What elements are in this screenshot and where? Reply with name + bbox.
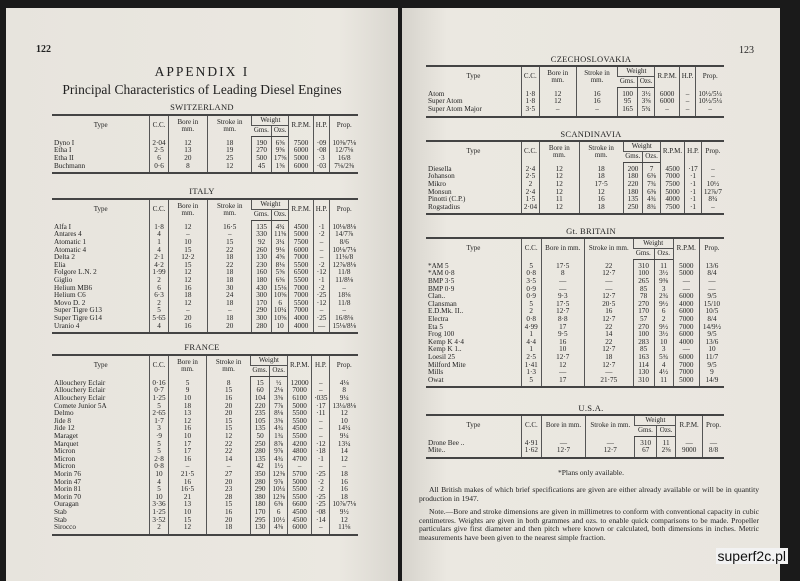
table-row: Rogstadius2·0412182508¾7500·1– (426, 204, 724, 215)
header-rpm: R.P.M. (660, 141, 684, 162)
table-cell: 12 (168, 524, 207, 535)
table-cell: 0·6 (150, 163, 168, 174)
table-cell: – (539, 106, 576, 117)
header-bore: Bore in mm. (168, 355, 207, 376)
header-type: Type (52, 355, 150, 376)
header-prop: Prop. (701, 141, 724, 162)
table-cell: – (312, 524, 330, 535)
engine-type: Rogstadius (426, 204, 521, 215)
header-weight: Weight (252, 199, 289, 210)
table-scandinavia: TypeC.C.Bore in mm.Stroke in mm.WeightR.… (426, 140, 724, 215)
table-cell: – (701, 204, 724, 215)
table-row: Antares 44––33011⅝5000·214/7⅞ (52, 231, 358, 239)
table-cell: 2 (150, 524, 168, 535)
header-rpm: R.P.M. (676, 415, 703, 436)
table-cell: 2·04 (521, 204, 539, 215)
header-stroke: Stroke in mm. (208, 199, 252, 220)
header-ozs: Ozs. (271, 126, 289, 136)
header-type: Type (426, 141, 521, 162)
table-cell: – (696, 106, 724, 117)
table-row: Jide 12316151354¾4500–14¼ (52, 425, 358, 433)
header-hp: H.P. (685, 141, 702, 162)
header-gms: Gms. (618, 77, 637, 87)
table-row: Delta 22·112·2181304⅝7000–11⅛/8 (52, 254, 358, 262)
header-prop: Prop. (330, 355, 358, 376)
table-cell: 4⅝ (270, 524, 288, 535)
table-usa: TypeC.C.Bore in mm.Stroke in mm.WeightR.… (426, 414, 724, 459)
table-cell: 12·7 (541, 447, 585, 458)
header-type: Type (426, 66, 521, 87)
header-bore: Bore in mm. (168, 115, 208, 136)
table-cell: 45 (252, 163, 271, 174)
header-ozs: Ozs. (271, 210, 289, 220)
table-row: Buchmann0·6812451⅝6000·037⅛/2⅜ (52, 163, 358, 174)
table-cell: 17 (541, 377, 584, 388)
table-cell: 12 (540, 204, 580, 215)
header-ozs: Ozs. (637, 77, 655, 87)
header-bore: Bore in mm. (540, 141, 580, 162)
table-row: Jide 81·712151053⅝5500–10 (52, 418, 358, 426)
table-cell: 10 (271, 323, 289, 334)
table-row: Uranio 441620280104000—15⅛/8⅛ (52, 323, 358, 334)
header-weight: Weight (635, 415, 676, 426)
table-cell: 4 (150, 323, 168, 334)
header-ozs: Ozs. (656, 426, 675, 436)
header-ozs: Ozs. (643, 152, 661, 162)
header-weight: Weight (252, 115, 289, 126)
left-page: 122 APPENDIX I Principal Characteristics… (6, 8, 398, 581)
header-type: Type (426, 415, 521, 436)
engine-type: Super Atom Major (426, 106, 521, 117)
table-cell: 6000 (287, 524, 311, 535)
header-ozs: Ozs. (654, 249, 673, 259)
section-title-britain: Gt. BRITAIN (402, 226, 780, 236)
header-gms: Gms. (623, 152, 642, 162)
header-cc: C.C. (521, 415, 541, 436)
table-cell: 12 (208, 163, 252, 174)
header-hp: H.P. (313, 199, 330, 220)
section-title-switzerland: SWITZERLAND (6, 102, 398, 112)
table-cell: 21·75 (585, 377, 634, 388)
section-title-scandinavia: SCANDINAVIA (402, 129, 780, 139)
table-row: Drone Bee ..4·91——31011—— (426, 436, 724, 447)
table-cell: – (655, 106, 679, 117)
table-cell: 5 (521, 377, 541, 388)
header-rpm: R.P.M. (289, 115, 313, 136)
header-type: Type (52, 199, 150, 220)
header-stroke: Stroke in mm. (586, 415, 635, 436)
section-title-czechoslovakia: CZECHOSLOVAKIA (402, 54, 780, 64)
header-stroke: Stroke in mm. (576, 66, 618, 87)
table-row: Morin 81516·52329010¼5500·216 (52, 486, 358, 494)
engine-type: Delta 2 (52, 254, 150, 262)
table-row: Helium C66·3182430010⅝7000·2518⅛ (52, 292, 358, 300)
watermark: superf2c.pl (716, 548, 788, 564)
header-rpm: R.P.M. (655, 66, 679, 87)
table-row: Stab1·25101617064500·089½ (52, 509, 358, 517)
header-cc: C.C. (521, 66, 539, 87)
header-type: Type (52, 115, 150, 136)
header-rpm: R.P.M. (673, 238, 699, 259)
table-cell: ·1 (685, 204, 702, 215)
table-france: TypeC.C.Bore in mm.Stroke in mm.WeightR.… (52, 354, 358, 536)
table-cell: 8¾ (643, 204, 661, 215)
table-row: Etha II6202550017⅝5000·316/8 (52, 155, 358, 163)
header-stroke: Stroke in mm. (579, 141, 623, 162)
table-row: Micron0·8––421½––– (52, 463, 358, 471)
header-prop: Prop. (330, 115, 358, 136)
table-cell: 5¾ (637, 106, 655, 117)
table-cell: 280 (252, 323, 271, 334)
header-prop: Prop. (330, 199, 358, 220)
table-cell: 5000 (673, 377, 699, 388)
header-bore: Bore in mm. (168, 199, 208, 220)
header-rpm: R.P.M. (289, 199, 313, 220)
header-gms: Gms. (633, 249, 654, 259)
page-subtitle: Principal Characteristics of Leading Die… (6, 82, 398, 98)
header-gms: Gms. (635, 426, 656, 436)
table-row: Atomatic 4415222609⅛6000–10⅛/7⅛ (52, 247, 358, 255)
table-row: Super Atom Major3·5––1655¾––– (426, 106, 724, 117)
table-row: Stab3·52152029510½4500·1412 (52, 517, 358, 525)
table-row: Alfa I1·81216·51354¾4500·110⅛/8⅛ (52, 220, 358, 231)
footnote: *Plans only available. (402, 468, 780, 477)
table-cell: ·03 (313, 163, 330, 174)
table-czechoslovakia: TypeC.C.Bore in mm.Stroke in mm.WeightR.… (426, 65, 724, 118)
table-cell: 7500 (660, 204, 684, 215)
engine-type: Buchmann (52, 163, 150, 174)
table-cell: 9000 (676, 447, 703, 458)
header-cc: C.C. (521, 238, 541, 259)
header-type: Type (426, 238, 521, 259)
header-gms: Gms. (252, 126, 271, 136)
paragraph-british-makes: All British makes of which brief specifi… (419, 486, 759, 503)
table-row: BMP 3·53·5——2659⅜—— (426, 278, 724, 286)
table-row: Morin 47416202809⅞5000·216 (52, 479, 358, 487)
table-cell: 12·7 (586, 447, 635, 458)
table-row: Mite..1·6212·712·7672⅜90008/8 (426, 447, 724, 458)
table-cell: 6000 (289, 163, 313, 174)
table-row: Owat51721·7531011500014/9 (426, 377, 724, 388)
page-number: 122 (36, 44, 51, 55)
section-title-usa: U.S.A. (402, 403, 780, 413)
paragraph-note: Note.—Bore and stroke dimensions are giv… (419, 508, 759, 542)
table-row: Kemp K 4·44·4162228310400013/6 (426, 339, 724, 347)
section-title-france: FRANCE (6, 342, 398, 352)
header-ozs: Ozs. (270, 366, 288, 376)
table-cell: 11 (654, 377, 673, 388)
header-stroke: Stroke in mm. (208, 115, 252, 136)
header-stroke: Stroke in mm. (585, 238, 634, 259)
engine-type: Uranio 4 (52, 323, 150, 334)
header-gms: Gms. (250, 366, 269, 376)
header-hp: H.P. (312, 355, 330, 376)
header-prop: Prop. (703, 415, 724, 436)
header-cc: C.C. (521, 141, 539, 162)
header-stroke: Stroke in mm. (207, 355, 250, 376)
header-prop: Prop. (696, 66, 724, 87)
table-cell: 165 (618, 106, 637, 117)
header-bore: Bore in mm. (541, 415, 585, 436)
header-weight: Weight (623, 141, 660, 152)
table-row: Atom1·812161003½6000–10½/5¼ (426, 87, 724, 98)
table-cell: 20 (208, 323, 252, 334)
table-row: Maraget·91012501¾5500–9¼ (52, 433, 358, 441)
header-bore: Bore in mm. (539, 66, 576, 87)
table-row: Super Tigre G145·65201830010⅝4000·2516/8… (52, 315, 358, 323)
table-cell: 2⅜ (656, 447, 675, 458)
table-row: Helium MB66163043015⅛7000·2– (52, 285, 358, 293)
header-gms: Gms. (252, 210, 271, 220)
header-hp: H.P. (679, 66, 696, 87)
table-cell: 250 (623, 204, 642, 215)
table-cell: 130 (250, 524, 269, 535)
table-cell: 1·62 (521, 447, 541, 458)
table-row: Elia4·215222308⅛5500·212⅞/8⅛ (52, 262, 358, 270)
table-cell: – (679, 106, 696, 117)
table-row: Giglio212181806⅜5500·111/8⅛ (52, 277, 358, 285)
header-weight: Weight (618, 66, 655, 77)
engine-type: Sirocco (52, 524, 150, 535)
header-cc: C.C. (150, 199, 168, 220)
table-row: Micron517222809⅞4800·1814 (52, 448, 358, 456)
table-cell: 310 (633, 377, 654, 388)
table-cell: 1⅝ (271, 163, 289, 174)
table-cell: 18 (579, 204, 623, 215)
table-row: Micron2·816141354¾4700·112 (52, 456, 358, 464)
table-row: Delmo2·6513202358⅛5500·1112 (52, 410, 358, 418)
engine-type: Mite.. (426, 447, 521, 458)
table-cell: 16 (168, 323, 208, 334)
table-cell: 14/9 (699, 377, 724, 388)
right-page: 123 CZECHOSLOVAKIA TypeC.C.Bore in mm.St… (402, 8, 780, 581)
table-cell: — (313, 323, 330, 334)
table-cell: 15⅛/8⅛ (330, 323, 358, 334)
header-cc: C.C. (150, 355, 168, 376)
table-row: Morin 761021·52735012⅜5700·2518 (52, 471, 358, 479)
table-cell: 8 (168, 163, 208, 174)
table-cell: – (576, 106, 618, 117)
table-cell: 67 (635, 447, 656, 458)
table-row: Etha I2·513192709⅝6000·0812/7⅛ (52, 147, 358, 155)
table-cell: 11⅛ (330, 524, 358, 535)
table-cell: 4000 (289, 323, 313, 334)
section-title-italy: ITALY (6, 186, 398, 196)
table-cell: 7⅛/2⅜ (330, 163, 358, 174)
table-row: *AM 0·80·8812·71003½50008/4 (426, 270, 724, 278)
table-row: Dyno I2·0412181906⅝7500·0910⅜/7⅛ (52, 136, 358, 147)
header-bore: Bore in mm. (541, 238, 584, 259)
header-weight: Weight (250, 355, 287, 366)
table-row: Atomatic 111015923¼7500–8/6 (52, 239, 358, 247)
table-britain: TypeC.C.Bore in mm.Stroke in mm.WeightR.… (426, 237, 724, 388)
table-cell: 3·5 (521, 106, 539, 117)
appendix-heading: APPENDIX I (6, 64, 398, 80)
engine-type: Owat (426, 377, 521, 388)
table-row: Sirocco212181304⅝6000–11⅛ (52, 524, 358, 535)
table-switzerland: TypeC.C.Bore in mm.Stroke in mm.WeightR.… (52, 114, 358, 174)
table-row: Ouragan3·3613151806⅜6600·2510⅞/7⅛ (52, 501, 358, 509)
header-cc: C.C. (150, 115, 168, 136)
table-row: Folgore L.N. 21·9912181605⅝6500·1211/8 (52, 269, 358, 277)
table-row: Comete Junior 5A518202207⅞5000·1713¼/8⅛ (52, 403, 358, 411)
table-cell: 8/8 (703, 447, 724, 458)
table-italy: TypeC.C.Bore in mm.Stroke in mm.WeightR.… (52, 198, 358, 334)
table-cell: 18 (207, 524, 250, 535)
table-row: Morin 7010212838012⅜5500·2518 (52, 494, 358, 502)
header-prop: Prop. (699, 238, 724, 259)
header-hp: H.P. (313, 115, 330, 136)
header-rpm: R.P.M. (287, 355, 311, 376)
table-row: Marquet517222508⅞4200·1213¼ (52, 441, 358, 449)
header-weight: Weight (633, 238, 673, 249)
